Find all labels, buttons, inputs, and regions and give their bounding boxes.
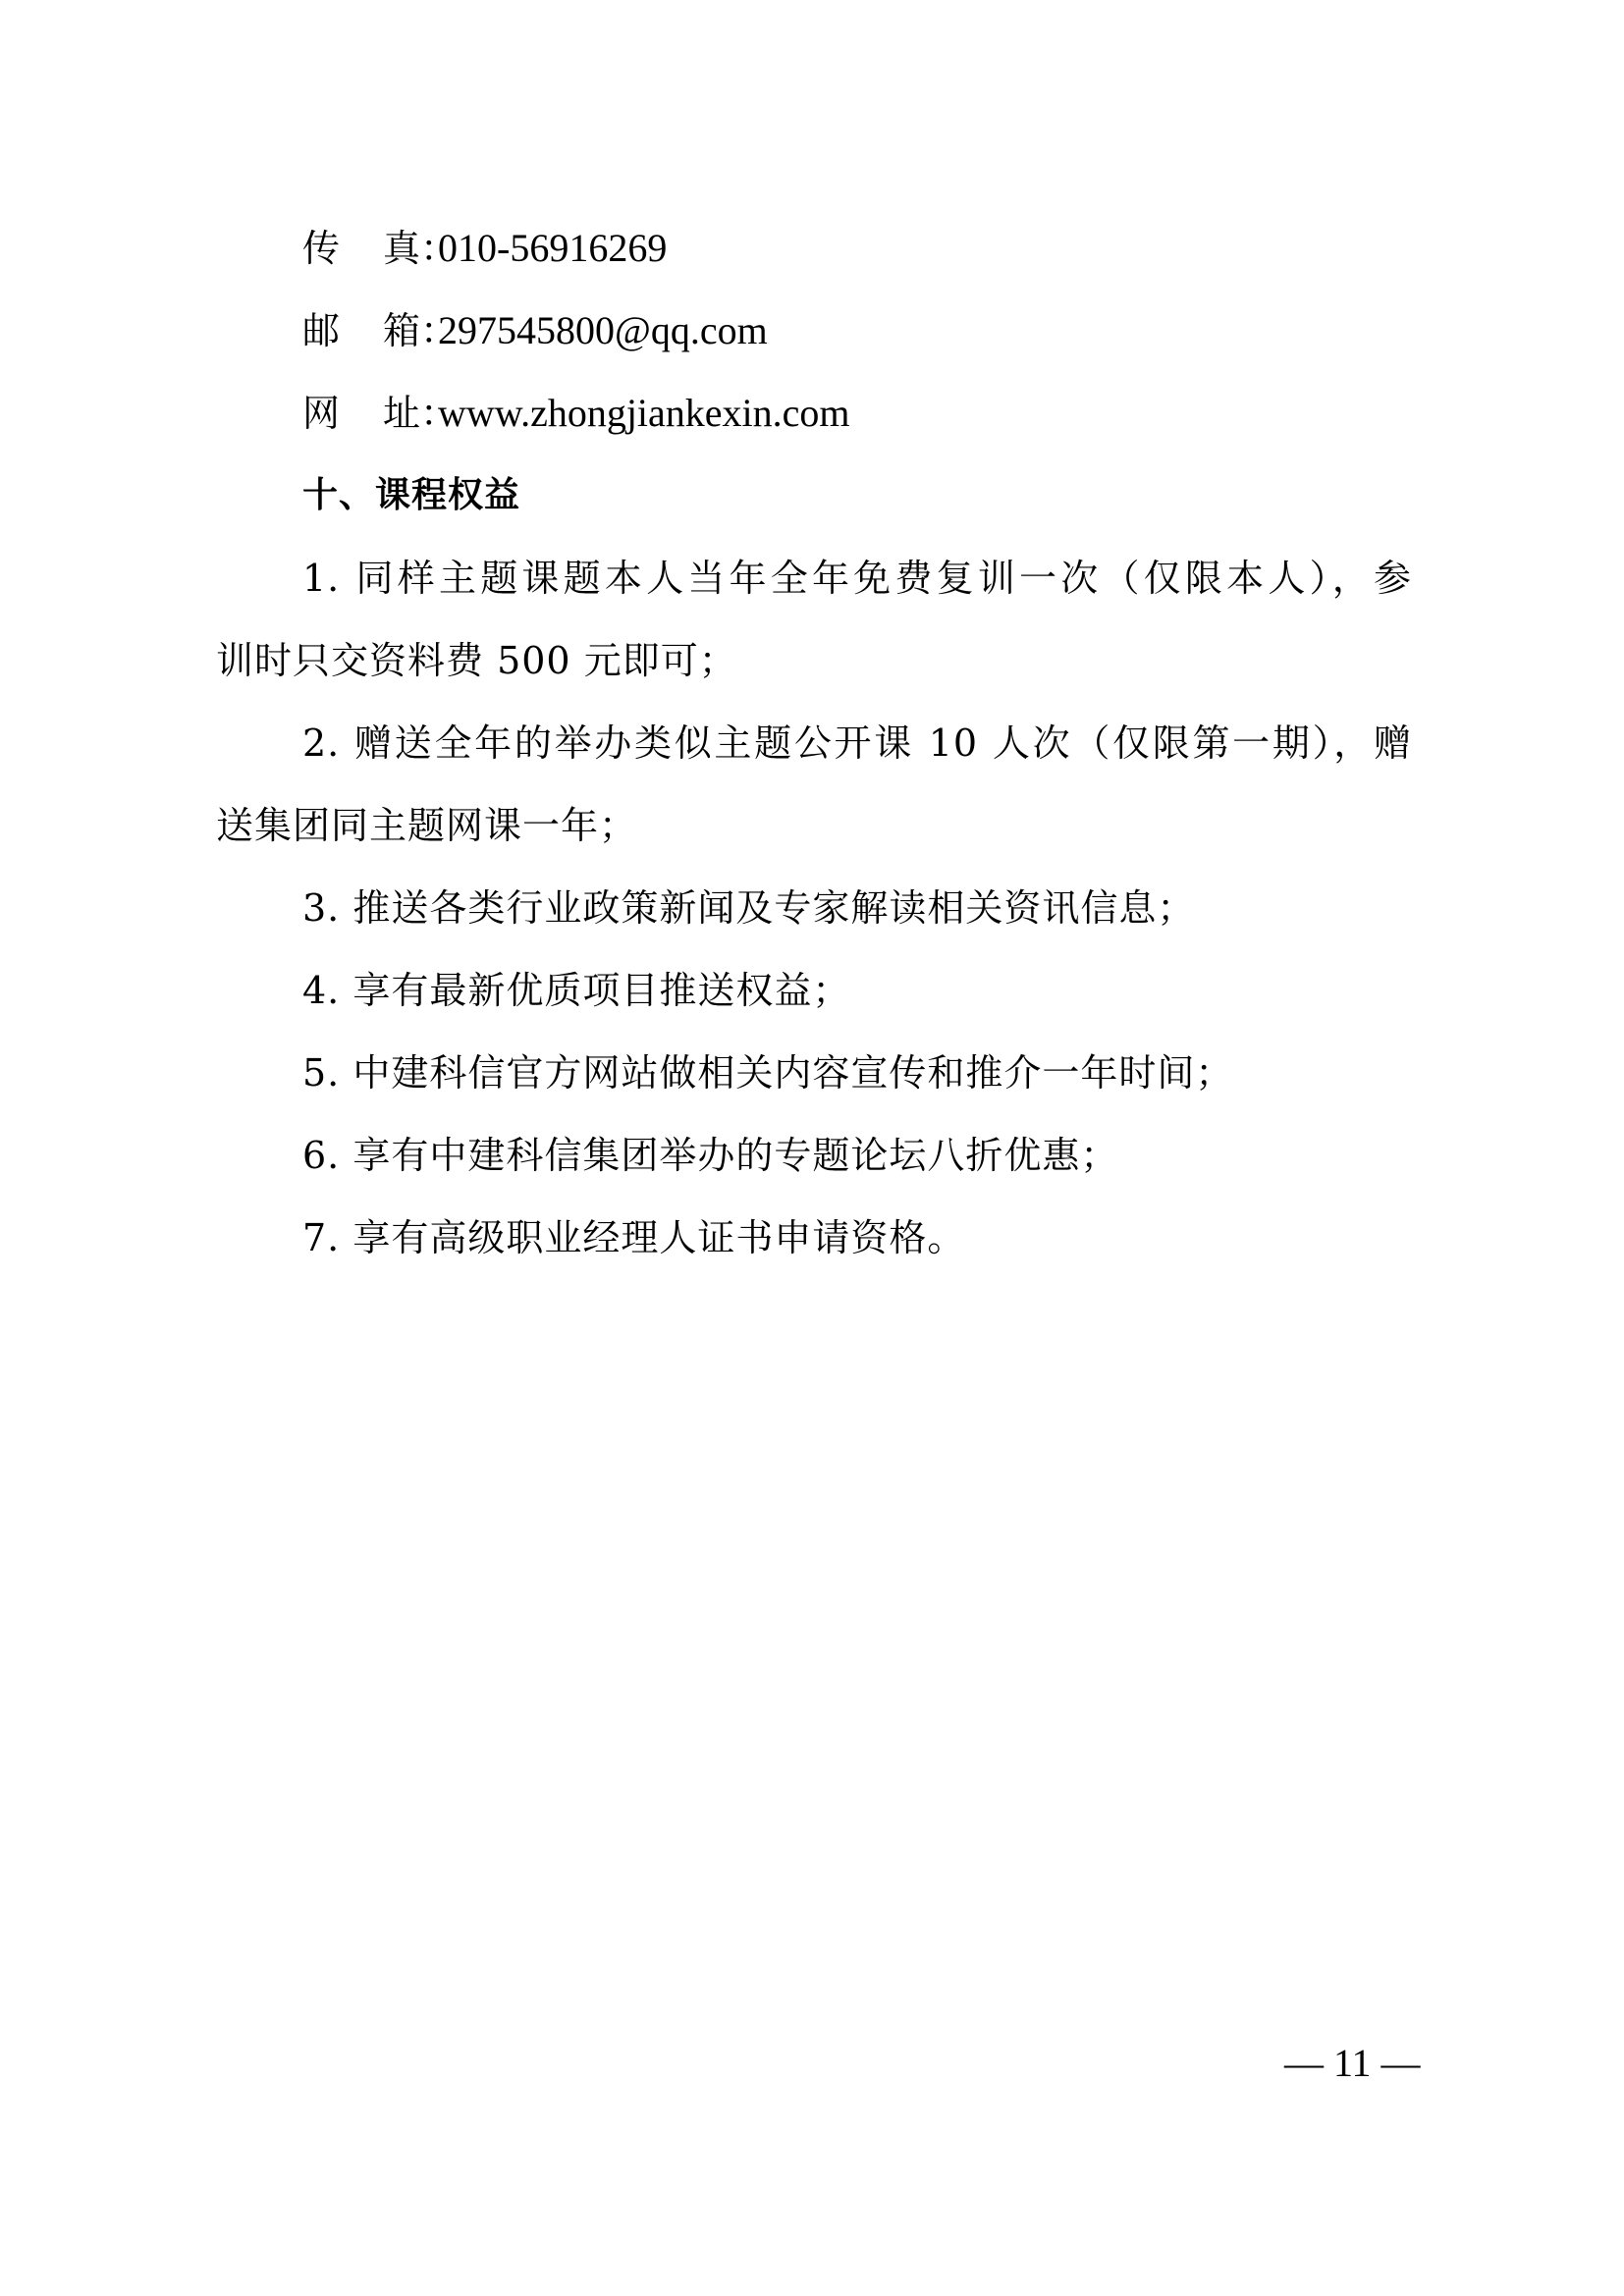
benefit-item-3: 3. 推送各类行业政策新闻及专家解读相关资讯信息；	[302, 883, 1500, 933]
contact-email: 邮箱：297545800@qq.com	[302, 306, 1500, 355]
section-heading: 十、课程权益	[302, 471, 1500, 520]
website-label: 网址：	[302, 389, 438, 438]
contact-fax: 传真：010-56916269	[302, 224, 1500, 273]
email-value: 297545800@qq.com	[438, 308, 768, 352]
benefit-item-5: 5. 中建科信官方网站做相关内容宣传和推介一年时间；	[302, 1048, 1500, 1097]
fax-label: 传真：	[302, 224, 438, 273]
contact-website: 网址：www.zhongjiankexin.com	[302, 389, 1500, 438]
benefit-item-1-line1: 1. 同样主题课题本人当年全年免费复训一次（仅限本人），参	[302, 554, 1412, 603]
benefit-item-2-line2: 送集团同主题网课一年；	[216, 801, 1414, 850]
document-page: 传真：010-56916269 邮箱：297545800@qq.com 网址：w…	[0, 0, 1624, 2296]
benefit-item-2-line1: 2. 赠送全年的举办类似主题公开课 10 人次（仅限第一期），赠	[302, 719, 1412, 768]
benefit-item-1-line2: 训时只交资料费 500 元即可；	[216, 636, 1414, 685]
website-value: www.zhongjiankexin.com	[438, 391, 850, 435]
benefit-item-6: 6. 享有中建科信集团举办的专题论坛八折优惠；	[302, 1131, 1500, 1180]
email-label: 邮箱：	[302, 306, 438, 355]
benefit-item-4: 4. 享有最新优质项目推送权益；	[302, 966, 1500, 1015]
fax-value: 010-56916269	[438, 226, 667, 270]
benefit-item-7: 7. 享有高级职业经理人证书申请资格。	[302, 1213, 1500, 1262]
page-number: — 11 —	[1284, 2042, 1421, 2085]
